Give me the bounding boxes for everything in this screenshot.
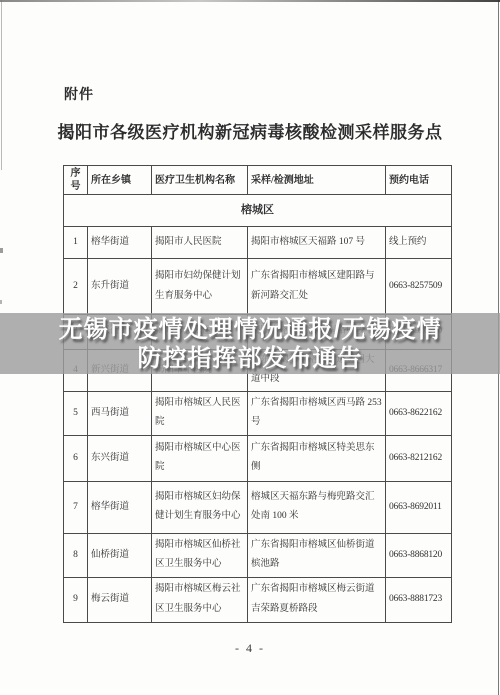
cell-phone: 0663-8868120 (386, 533, 452, 577)
cell-no: 6 (64, 435, 88, 481)
cell-addr: 广东省揭阳市榕城区梅云街道吉荣路夏桥路段 (248, 577, 386, 622)
header-row: 序号 所在乡镇 医疗卫生机构名称 采样/检测地址 预约电话 (64, 166, 452, 195)
service-points-table: 榕城区 序号 所在乡镇 医疗卫生机构名称 采样/检测地址 预约电话 1榕华街道揭… (63, 165, 452, 623)
region-header-row: 榕城区 (64, 195, 452, 227)
table-region-header: 榕城区 (64, 195, 452, 227)
cell-no: 7 (64, 481, 88, 533)
cell-addr: 揭阳市榕城区天福路 107 号 (248, 227, 386, 259)
cell-addr: 广东省揭阳市榕城区特美思东侧 (248, 435, 386, 481)
column-header-town: 所在乡镇 (88, 166, 152, 195)
cell-phone: 0663-8257509 (386, 259, 452, 315)
cell-town: 东兴街道 (88, 435, 152, 481)
cell-addr: 广东省揭阳市榕城区建阳路与新河路交汇处 (248, 259, 386, 315)
cell-addr: 广东省揭阳市榕城区仙桥街道槟池路 (248, 533, 386, 577)
cell-org: 揭阳市榕城区人民医院 (152, 391, 248, 435)
scan-edge-top (0, 0, 500, 2)
document-title: 揭阳市各级医疗机构新冠病毒核酸检测采样服务点 (0, 118, 500, 143)
table-body: 1榕华街道揭阳市人民医院揭阳市榕城区天福路 107 号线上预约2东升街道揭阳市妇… (64, 227, 452, 623)
table-row: 1榕华街道揭阳市人民医院揭阳市榕城区天福路 107 号线上预约 (64, 227, 452, 259)
column-header-no: 序号 (64, 166, 88, 195)
cell-no: 5 (64, 391, 88, 435)
cell-org: 揭阳市妇幼保健计划生育服务中心 (152, 259, 248, 315)
cell-addr: 广东省揭阳市榕城区西马路 253 号 (248, 391, 386, 435)
cell-phone: 0663-8622162 (386, 391, 452, 435)
region-header-cell: 榕城区 (64, 195, 452, 227)
cell-org: 揭阳市榕城区梅云社区卫生服务中心 (152, 577, 248, 622)
cell-town: 榕华街道 (88, 481, 152, 533)
cell-phone: 0663-8692011 (386, 481, 452, 533)
table-row: 7榕华街道揭阳市榕城区妇幼保健计划生育服务中心榕城区天福东路与梅兜路交汇处南 1… (64, 481, 452, 533)
cell-org: 揭阳市榕城区仙桥社区卫生服务中心 (152, 533, 248, 577)
table-row: 5西马街道揭阳市榕城区人民医院广东省揭阳市榕城区西马路 253 号0663-86… (64, 391, 452, 435)
table-row: 6东兴街道揭阳市榕城区中心医院广东省揭阳市榕城区特美思东侧0663-821216… (64, 435, 452, 481)
cell-org: 揭阳市榕城区中心医院 (152, 435, 248, 481)
table-row: 8仙桥街道揭阳市榕城区仙桥社区卫生服务中心广东省揭阳市榕城区仙桥街道槟池路066… (64, 533, 452, 577)
cell-org: 揭阳市榕城区妇幼保健计划生育服务中心 (152, 481, 248, 533)
overlay-text-line1: 无锡市疫情处理情况通报/无锡疫情 (59, 315, 442, 344)
cell-addr: 榕城区天福东路与梅兜路交汇处南 100 米 (248, 481, 386, 533)
cell-town: 梅云街道 (88, 577, 152, 622)
scan-speck (0, 248, 3, 253)
cell-org: 揭阳市人民医院 (152, 227, 248, 259)
page-number: - 4 - (0, 641, 500, 656)
column-header-org: 医疗卫生机构名称 (152, 166, 248, 195)
scan-speck (0, 300, 2, 304)
cell-phone: 0663-8881723 (386, 577, 452, 622)
table-header: 序号 所在乡镇 医疗卫生机构名称 采样/检测地址 预约电话 (64, 166, 452, 195)
cell-no: 1 (64, 227, 88, 259)
watermark-overlay-banner: 无锡市疫情处理情况通报/无锡疫情 防控指挥部发布通告 (0, 313, 500, 374)
document-page: 附件 揭阳市各级医疗机构新冠病毒核酸检测采样服务点 榕城区 序号 所在乡镇 医疗… (0, 0, 500, 695)
cell-phone: 0663-8212162 (386, 435, 452, 481)
cell-no: 8 (64, 533, 88, 577)
column-header-phone: 预约电话 (386, 166, 452, 195)
cell-no: 9 (64, 577, 88, 622)
cell-town: 西马街道 (88, 391, 152, 435)
scan-edge-left (1, 0, 2, 170)
table-row: 2东升街道揭阳市妇幼保健计划生育服务中心广东省揭阳市榕城区建阳路与新河路交汇处0… (64, 259, 452, 315)
table-row: 9梅云街道揭阳市榕城区梅云社区卫生服务中心广东省揭阳市榕城区梅云街道吉荣路夏桥路… (64, 577, 452, 622)
cell-town: 榕华街道 (88, 227, 152, 259)
attachment-label: 附件 (64, 84, 94, 104)
cell-phone: 线上预约 (386, 227, 452, 259)
cell-town: 仙桥街道 (88, 533, 152, 577)
overlay-text-line2: 防控指挥部发布通告 (138, 344, 363, 373)
column-header-addr: 采样/检测地址 (248, 166, 386, 195)
cell-no: 2 (64, 259, 88, 315)
cell-town: 东升街道 (88, 259, 152, 315)
